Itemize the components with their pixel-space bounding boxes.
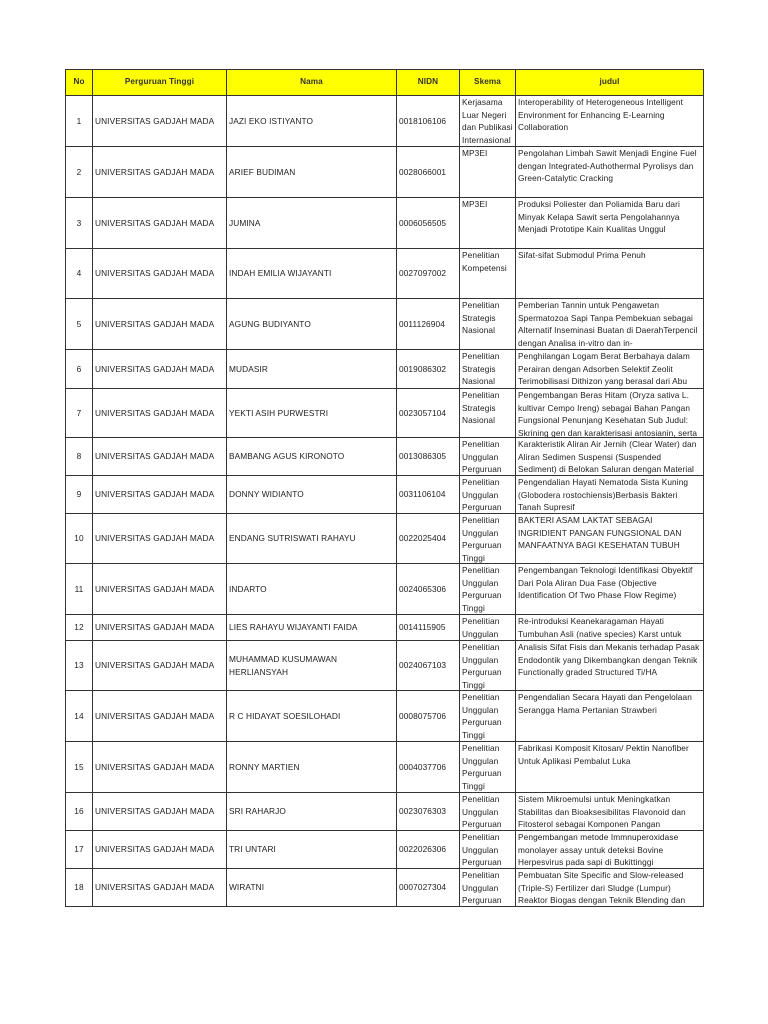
row-no-text: 9 bbox=[68, 488, 90, 501]
table-row: 5UNIVERSITAS GADJAH MADAAGUNG BUDIYANTO0… bbox=[66, 299, 704, 350]
row-nidn-text: 0027097002 bbox=[399, 267, 457, 280]
row-skema: Kerjasama Luar Negeri dan Publikasi Inte… bbox=[460, 96, 516, 147]
row-perguruan-tinggi-text: UNIVERSITAS GADJAH MADA bbox=[95, 115, 224, 128]
row-perguruan-tinggi-text: UNIVERSITAS GADJAH MADA bbox=[95, 363, 224, 376]
row-judul: Interoperability of Heterogeneous Intell… bbox=[516, 96, 704, 147]
row-skema-text: Penelitian Unggulan Perguruan Tinggi bbox=[462, 691, 513, 741]
row-nidn: 0007027304 bbox=[397, 869, 460, 907]
row-nama: JAZI EKO ISTIYANTO bbox=[227, 96, 397, 147]
row-nidn: 0022026306 bbox=[397, 831, 460, 869]
row-judul-text: Pengembangan Beras Hitam (Oryza sativa L… bbox=[518, 389, 701, 437]
row-nama-text: LIES RAHAYU WIJAYANTI FAIDA bbox=[229, 621, 394, 634]
header-nidn: NIDN bbox=[397, 70, 460, 96]
row-judul: Sistem Mikroemulsi untuk Meningkatkan St… bbox=[516, 793, 704, 831]
row-nama: ENDANG SUTRISWATI RAHAYU bbox=[227, 514, 397, 564]
row-judul: Sifat-sifat Submodul Prima Penuh bbox=[516, 249, 704, 299]
row-nama-text: SRI RAHARJO bbox=[229, 805, 394, 818]
row-judul: Pengembangan metode Immnuperoxidase mono… bbox=[516, 831, 704, 869]
row-skema: Penelitian Unggulan Perguruan bbox=[460, 831, 516, 869]
row-skema: Penelitian Unggulan Perguruan Tinggi bbox=[460, 742, 516, 793]
table-row: 10UNIVERSITAS GADJAH MADAENDANG SUTRISWA… bbox=[66, 514, 704, 564]
row-no: 11 bbox=[66, 564, 93, 615]
table-row: 16UNIVERSITAS GADJAH MADASRI RAHARJO0023… bbox=[66, 793, 704, 831]
row-perguruan-tinggi: UNIVERSITAS GADJAH MADA bbox=[93, 869, 227, 907]
row-perguruan-tinggi: UNIVERSITAS GADJAH MADA bbox=[93, 350, 227, 389]
row-judul: Re-introduksi Keanekaragaman Hayati Tumb… bbox=[516, 615, 704, 641]
row-nidn-text: 0018106106 bbox=[399, 115, 457, 128]
row-perguruan-tinggi-text: UNIVERSITAS GADJAH MADA bbox=[95, 166, 224, 179]
row-nidn: 0014115905 bbox=[397, 615, 460, 641]
row-skema-text: Penelitian Strategis Nasional bbox=[462, 389, 513, 427]
row-skema: Penelitian Unggulan Perguruan Tinggi bbox=[460, 564, 516, 615]
row-perguruan-tinggi-text: UNIVERSITAS GADJAH MADA bbox=[95, 407, 224, 420]
row-judul-text: Sifat-sifat Submodul Prima Penuh bbox=[518, 249, 701, 262]
row-skema: Penelitian Unggulan Perguruan Tinggi bbox=[460, 641, 516, 691]
row-skema: Penelitian Unggulan bbox=[460, 615, 516, 641]
row-nama: DONNY WIDIANTO bbox=[227, 476, 397, 514]
row-judul: Pengolahan Limbah Sawit Menjadi Engine F… bbox=[516, 147, 704, 198]
row-nama: MUHAMMAD KUSUMAWAN HERLIANSYAH bbox=[227, 641, 397, 691]
row-nama-text: ARIEF BUDIMAN bbox=[229, 166, 394, 179]
row-nidn-text: 0019086302 bbox=[399, 363, 457, 376]
row-perguruan-tinggi: UNIVERSITAS GADJAH MADA bbox=[93, 438, 227, 476]
row-perguruan-tinggi: UNIVERSITAS GADJAH MADA bbox=[93, 564, 227, 615]
row-no: 18 bbox=[66, 869, 93, 907]
row-nidn: 0027097002 bbox=[397, 249, 460, 299]
row-judul-text: Karakteristik Aliran Air Jernih (Clear W… bbox=[518, 438, 701, 475]
row-nidn-text: 0008075706 bbox=[399, 710, 457, 723]
row-perguruan-tinggi: UNIVERSITAS GADJAH MADA bbox=[93, 249, 227, 299]
row-nidn: 0004037706 bbox=[397, 742, 460, 793]
row-skema: MP3EI bbox=[460, 198, 516, 249]
row-nama-text: WIRATNI bbox=[229, 881, 394, 894]
row-no: 6 bbox=[66, 350, 93, 389]
row-perguruan-tinggi: UNIVERSITAS GADJAH MADA bbox=[93, 389, 227, 438]
table-row: 2UNIVERSITAS GADJAH MADAARIEF BUDIMAN002… bbox=[66, 147, 704, 198]
row-judul-text: Pengembangan Teknologi Identifikasi Obye… bbox=[518, 564, 701, 602]
row-nama-text: BAMBANG AGUS KIRONOTO bbox=[229, 450, 394, 463]
row-nama-text: DONNY WIDIANTO bbox=[229, 488, 394, 501]
row-nama-text: TRI UNTARI bbox=[229, 843, 394, 856]
row-no: 3 bbox=[66, 198, 93, 249]
header-skema: Skema bbox=[460, 70, 516, 96]
row-nama: INDAH EMILIA WIJAYANTI bbox=[227, 249, 397, 299]
research-table: No Perguruan Tinggi Nama NIDN Skema judu… bbox=[65, 69, 704, 907]
row-nama-text: JUMINA bbox=[229, 217, 394, 230]
row-nama-text: INDARTO bbox=[229, 583, 394, 596]
row-skema-text: Penelitian Unggulan Perguruan bbox=[462, 831, 513, 868]
row-judul: Produksi Poliester dan Poliamida Baru da… bbox=[516, 198, 704, 249]
row-nama: RONNY MARTIEN bbox=[227, 742, 397, 793]
row-judul-text: Pemberian Tannin untuk Pengawetan Sperma… bbox=[518, 299, 701, 349]
header-no: No bbox=[66, 70, 93, 96]
row-nama: BAMBANG AGUS KIRONOTO bbox=[227, 438, 397, 476]
row-perguruan-tinggi: UNIVERSITAS GADJAH MADA bbox=[93, 147, 227, 198]
row-no-text: 6 bbox=[68, 363, 90, 376]
row-nidn: 0008075706 bbox=[397, 691, 460, 742]
row-nidn: 0028066001 bbox=[397, 147, 460, 198]
row-skema: Penelitian Unggulan Perguruan bbox=[460, 869, 516, 907]
row-nidn-text: 0013086305 bbox=[399, 450, 457, 463]
row-perguruan-tinggi-text: UNIVERSITAS GADJAH MADA bbox=[95, 805, 224, 818]
row-no: 4 bbox=[66, 249, 93, 299]
row-skema: Penelitian Strategis Nasional bbox=[460, 350, 516, 389]
row-skema-text: Penelitian Unggulan Perguruan bbox=[462, 438, 513, 475]
row-nama: SRI RAHARJO bbox=[227, 793, 397, 831]
row-no-text: 2 bbox=[68, 166, 90, 179]
row-nidn: 0024065306 bbox=[397, 564, 460, 615]
row-judul: Penghilangan Logam Berat Berbahaya dalam… bbox=[516, 350, 704, 389]
row-nama: JUMINA bbox=[227, 198, 397, 249]
row-skema-text: Penelitian Strategis Nasional bbox=[462, 299, 513, 337]
row-skema: Penelitian Unggulan Perguruan bbox=[460, 476, 516, 514]
row-judul: Pengembangan Beras Hitam (Oryza sativa L… bbox=[516, 389, 704, 438]
row-skema: Penelitian Strategis Nasional bbox=[460, 299, 516, 350]
header-perguruan-tinggi: Perguruan Tinggi bbox=[93, 70, 227, 96]
row-judul: Pengendalian Hayati Nematoda Sista Kunin… bbox=[516, 476, 704, 514]
row-skema: Penelitian Strategis Nasional bbox=[460, 389, 516, 438]
row-nidn: 0013086305 bbox=[397, 438, 460, 476]
row-skema: Penelitian Unggulan Perguruan bbox=[460, 793, 516, 831]
table-row: 7UNIVERSITAS GADJAH MADAYEKTI ASIH PURWE… bbox=[66, 389, 704, 438]
row-nidn-text: 0011126904 bbox=[399, 318, 457, 331]
row-judul: Fabrikasi Komposit Kitosan/ Pektin Nanof… bbox=[516, 742, 704, 793]
row-nama: INDARTO bbox=[227, 564, 397, 615]
row-no: 16 bbox=[66, 793, 93, 831]
row-nidn: 0018106106 bbox=[397, 96, 460, 147]
row-perguruan-tinggi-text: UNIVERSITAS GADJAH MADA bbox=[95, 761, 224, 774]
row-nidn: 0023076303 bbox=[397, 793, 460, 831]
row-judul-text: Interoperability of Heterogeneous Intell… bbox=[518, 96, 701, 134]
row-perguruan-tinggi: UNIVERSITAS GADJAH MADA bbox=[93, 641, 227, 691]
row-nidn-text: 0007027304 bbox=[399, 881, 457, 894]
row-judul: Analisis Sifat Fisis dan Mekanis terhada… bbox=[516, 641, 704, 691]
row-judul-text: Produksi Poliester dan Poliamida Baru da… bbox=[518, 198, 701, 236]
row-no-text: 15 bbox=[68, 761, 90, 774]
row-no: 2 bbox=[66, 147, 93, 198]
row-no-text: 10 bbox=[68, 532, 90, 545]
row-no: 7 bbox=[66, 389, 93, 438]
header-judul: judul bbox=[516, 70, 704, 96]
table-row: 9UNIVERSITAS GADJAH MADADONNY WIDIANTO00… bbox=[66, 476, 704, 514]
row-nidn: 0006056505 bbox=[397, 198, 460, 249]
row-judul: Karakteristik Aliran Air Jernih (Clear W… bbox=[516, 438, 704, 476]
row-perguruan-tinggi-text: UNIVERSITAS GADJAH MADA bbox=[95, 881, 224, 894]
row-perguruan-tinggi: UNIVERSITAS GADJAH MADA bbox=[93, 514, 227, 564]
row-perguruan-tinggi: UNIVERSITAS GADJAH MADA bbox=[93, 96, 227, 147]
row-nama-text: ENDANG SUTRISWATI RAHAYU bbox=[229, 532, 394, 545]
row-skema-text: Penelitian Unggulan Perguruan Tinggi bbox=[462, 742, 513, 792]
row-perguruan-tinggi: UNIVERSITAS GADJAH MADA bbox=[93, 299, 227, 350]
row-skema: Penelitian Unggulan Perguruan Tinggi bbox=[460, 691, 516, 742]
row-judul: Pemberian Tannin untuk Pengawetan Sperma… bbox=[516, 299, 704, 350]
row-nama-text: INDAH EMILIA WIJAYANTI bbox=[229, 267, 394, 280]
row-no-text: 4 bbox=[68, 267, 90, 280]
row-nidn: 0024067103 bbox=[397, 641, 460, 691]
row-perguruan-tinggi-text: UNIVERSITAS GADJAH MADA bbox=[95, 583, 224, 596]
row-no: 13 bbox=[66, 641, 93, 691]
row-nama-text: AGUNG BUDIYANTO bbox=[229, 318, 394, 331]
row-nidn-text: 0022025404 bbox=[399, 532, 457, 545]
row-judul-text: Analisis Sifat Fisis dan Mekanis terhada… bbox=[518, 641, 701, 679]
row-no: 12 bbox=[66, 615, 93, 641]
row-perguruan-tinggi-text: UNIVERSITAS GADJAH MADA bbox=[95, 217, 224, 230]
row-judul: BAKTERI ASAM LAKTAT SEBAGAI INGRIDIENT P… bbox=[516, 514, 704, 564]
row-skema-text: Penelitian Unggulan Perguruan bbox=[462, 793, 513, 830]
row-no: 8 bbox=[66, 438, 93, 476]
row-no-text: 13 bbox=[68, 659, 90, 672]
row-no-text: 12 bbox=[68, 621, 90, 634]
row-nidn-text: 0014115905 bbox=[399, 621, 457, 634]
row-nama: R C HIDAYAT SOESILOHADI bbox=[227, 691, 397, 742]
row-judul-text: Pengendalian Secara Hayati dan Pengelola… bbox=[518, 691, 701, 716]
row-judul: Pembuatan Site Specific and Slow-release… bbox=[516, 869, 704, 907]
row-nama: MUDASIR bbox=[227, 350, 397, 389]
row-skema-text: Penelitian Unggulan Perguruan Tinggi bbox=[462, 641, 513, 690]
row-judul-text: BAKTERI ASAM LAKTAT SEBAGAI INGRIDIENT P… bbox=[518, 514, 701, 552]
row-skema-text: Penelitian Unggulan Perguruan bbox=[462, 869, 513, 906]
row-no: 17 bbox=[66, 831, 93, 869]
table-row: 4UNIVERSITAS GADJAH MADAINDAH EMILIA WIJ… bbox=[66, 249, 704, 299]
row-no: 5 bbox=[66, 299, 93, 350]
row-perguruan-tinggi: UNIVERSITAS GADJAH MADA bbox=[93, 691, 227, 742]
table-row: 13UNIVERSITAS GADJAH MADAMUHAMMAD KUSUMA… bbox=[66, 641, 704, 691]
row-no-text: 11 bbox=[68, 583, 90, 596]
row-nidn-text: 0023057104 bbox=[399, 407, 457, 420]
row-perguruan-tinggi: UNIVERSITAS GADJAH MADA bbox=[93, 615, 227, 641]
row-nama-text: R C HIDAYAT SOESILOHADI bbox=[229, 710, 394, 723]
row-nama-text: RONNY MARTIEN bbox=[229, 761, 394, 774]
row-perguruan-tinggi: UNIVERSITAS GADJAH MADA bbox=[93, 742, 227, 793]
row-perguruan-tinggi: UNIVERSITAS GADJAH MADA bbox=[93, 476, 227, 514]
row-nama-text: MUHAMMAD KUSUMAWAN HERLIANSYAH bbox=[229, 653, 394, 678]
row-no-text: 17 bbox=[68, 843, 90, 856]
row-skema-text: Kerjasama Luar Negeri dan Publikasi Inte… bbox=[462, 96, 513, 146]
row-nidn-text: 0028066001 bbox=[399, 166, 457, 179]
row-no-text: 7 bbox=[68, 407, 90, 420]
row-nama: LIES RAHAYU WIJAYANTI FAIDA bbox=[227, 615, 397, 641]
row-nidn-text: 0022026306 bbox=[399, 843, 457, 856]
row-nidn-text: 0024065306 bbox=[399, 583, 457, 596]
row-perguruan-tinggi-text: UNIVERSITAS GADJAH MADA bbox=[95, 318, 224, 331]
row-skema-text: Penelitian Unggulan Perguruan Tinggi bbox=[462, 514, 513, 563]
row-nama: TRI UNTARI bbox=[227, 831, 397, 869]
table-row: 6UNIVERSITAS GADJAH MADAMUDASIR001908630… bbox=[66, 350, 704, 389]
row-skema-text: MP3EI bbox=[462, 147, 513, 160]
table-row: 1UNIVERSITAS GADJAH MADAJAZI EKO ISTIYAN… bbox=[66, 96, 704, 147]
table-row: 12UNIVERSITAS GADJAH MADALIES RAHAYU WIJ… bbox=[66, 615, 704, 641]
row-nama: WIRATNI bbox=[227, 869, 397, 907]
table-row: 18UNIVERSITAS GADJAH MADAWIRATNI00070273… bbox=[66, 869, 704, 907]
row-nidn: 0019086302 bbox=[397, 350, 460, 389]
row-no-text: 18 bbox=[68, 881, 90, 894]
row-nama-text: YEKTI ASIH PURWESTRI bbox=[229, 407, 394, 420]
row-judul: Pengembangan Teknologi Identifikasi Obye… bbox=[516, 564, 704, 615]
row-skema: Penelitian Unggulan Perguruan Tinggi bbox=[460, 514, 516, 564]
row-no-text: 3 bbox=[68, 217, 90, 230]
row-skema-text: MP3EI bbox=[462, 198, 513, 211]
row-skema-text: Penelitian Unggulan Perguruan Tinggi bbox=[462, 564, 513, 614]
row-no-text: 8 bbox=[68, 450, 90, 463]
row-no-text: 5 bbox=[68, 318, 90, 331]
row-judul-text: Re-introduksi Keanekaragaman Hayati Tumb… bbox=[518, 615, 701, 640]
row-nidn: 0011126904 bbox=[397, 299, 460, 350]
row-nidn: 0023057104 bbox=[397, 389, 460, 438]
row-nidn-text: 0004037706 bbox=[399, 761, 457, 774]
row-nidn-text: 0023076303 bbox=[399, 805, 457, 818]
row-skema-text: Penelitian Kompetensi bbox=[462, 249, 513, 274]
row-judul-text: Pembuatan Site Specific and Slow-release… bbox=[518, 869, 701, 906]
row-perguruan-tinggi: UNIVERSITAS GADJAH MADA bbox=[93, 793, 227, 831]
row-nidn-text: 0031106104 bbox=[399, 488, 457, 501]
row-perguruan-tinggi-text: UNIVERSITAS GADJAH MADA bbox=[95, 532, 224, 545]
table-row: 11UNIVERSITAS GADJAH MADAINDARTO00240653… bbox=[66, 564, 704, 615]
row-skema-text: Penelitian Unggulan bbox=[462, 615, 513, 640]
row-nama-text: MUDASIR bbox=[229, 363, 394, 376]
row-no: 15 bbox=[66, 742, 93, 793]
row-perguruan-tinggi-text: UNIVERSITAS GADJAH MADA bbox=[95, 621, 224, 634]
row-skema-text: Penelitian Strategis Nasional bbox=[462, 350, 513, 388]
row-judul: Pengendalian Secara Hayati dan Pengelola… bbox=[516, 691, 704, 742]
row-judul-text: Penghilangan Logam Berat Berbahaya dalam… bbox=[518, 350, 701, 388]
table-row: 8UNIVERSITAS GADJAH MADABAMBANG AGUS KIR… bbox=[66, 438, 704, 476]
table-row: 3UNIVERSITAS GADJAH MADAJUMINA0006056505… bbox=[66, 198, 704, 249]
row-no-text: 1 bbox=[68, 115, 90, 128]
row-no-text: 16 bbox=[68, 805, 90, 818]
row-judul-text: Pengolahan Limbah Sawit Menjadi Engine F… bbox=[518, 147, 701, 185]
row-perguruan-tinggi: UNIVERSITAS GADJAH MADA bbox=[93, 198, 227, 249]
row-perguruan-tinggi-text: UNIVERSITAS GADJAH MADA bbox=[95, 488, 224, 501]
table-row: 17UNIVERSITAS GADJAH MADATRI UNTARI00220… bbox=[66, 831, 704, 869]
row-nama: YEKTI ASIH PURWESTRI bbox=[227, 389, 397, 438]
row-skema: Penelitian Unggulan Perguruan bbox=[460, 438, 516, 476]
row-skema-text: Penelitian Unggulan Perguruan bbox=[462, 476, 513, 513]
header-row: No Perguruan Tinggi Nama NIDN Skema judu… bbox=[66, 70, 704, 96]
row-nidn: 0031106104 bbox=[397, 476, 460, 514]
row-judul-text: Sistem Mikroemulsi untuk Meningkatkan St… bbox=[518, 793, 701, 830]
row-no: 10 bbox=[66, 514, 93, 564]
row-no: 1 bbox=[66, 96, 93, 147]
row-judul-text: Pengembangan metode Immnuperoxidase mono… bbox=[518, 831, 701, 868]
row-perguruan-tinggi-text: UNIVERSITAS GADJAH MADA bbox=[95, 659, 224, 672]
table-row: 15UNIVERSITAS GADJAH MADARONNY MARTIEN00… bbox=[66, 742, 704, 793]
row-judul-text: Pengendalian Hayati Nematoda Sista Kunin… bbox=[518, 476, 701, 513]
row-nama-text: JAZI EKO ISTIYANTO bbox=[229, 115, 394, 128]
row-perguruan-tinggi-text: UNIVERSITAS GADJAH MADA bbox=[95, 450, 224, 463]
header-nama: Nama bbox=[227, 70, 397, 96]
row-judul-text: Fabrikasi Komposit Kitosan/ Pektin Nanof… bbox=[518, 742, 701, 767]
row-nama: AGUNG BUDIYANTO bbox=[227, 299, 397, 350]
row-no: 14 bbox=[66, 691, 93, 742]
row-skema: MP3EI bbox=[460, 147, 516, 198]
row-no-text: 14 bbox=[68, 710, 90, 723]
row-perguruan-tinggi-text: UNIVERSITAS GADJAH MADA bbox=[95, 843, 224, 856]
table-row: 14UNIVERSITAS GADJAH MADAR C HIDAYAT SOE… bbox=[66, 691, 704, 742]
row-skema: Penelitian Kompetensi bbox=[460, 249, 516, 299]
row-nama: ARIEF BUDIMAN bbox=[227, 147, 397, 198]
row-perguruan-tinggi: UNIVERSITAS GADJAH MADA bbox=[93, 831, 227, 869]
row-perguruan-tinggi-text: UNIVERSITAS GADJAH MADA bbox=[95, 710, 224, 723]
row-nidn-text: 0024067103 bbox=[399, 659, 457, 672]
row-nidn: 0022025404 bbox=[397, 514, 460, 564]
row-no: 9 bbox=[66, 476, 93, 514]
row-perguruan-tinggi-text: UNIVERSITAS GADJAH MADA bbox=[95, 267, 224, 280]
row-nidn-text: 0006056505 bbox=[399, 217, 457, 230]
